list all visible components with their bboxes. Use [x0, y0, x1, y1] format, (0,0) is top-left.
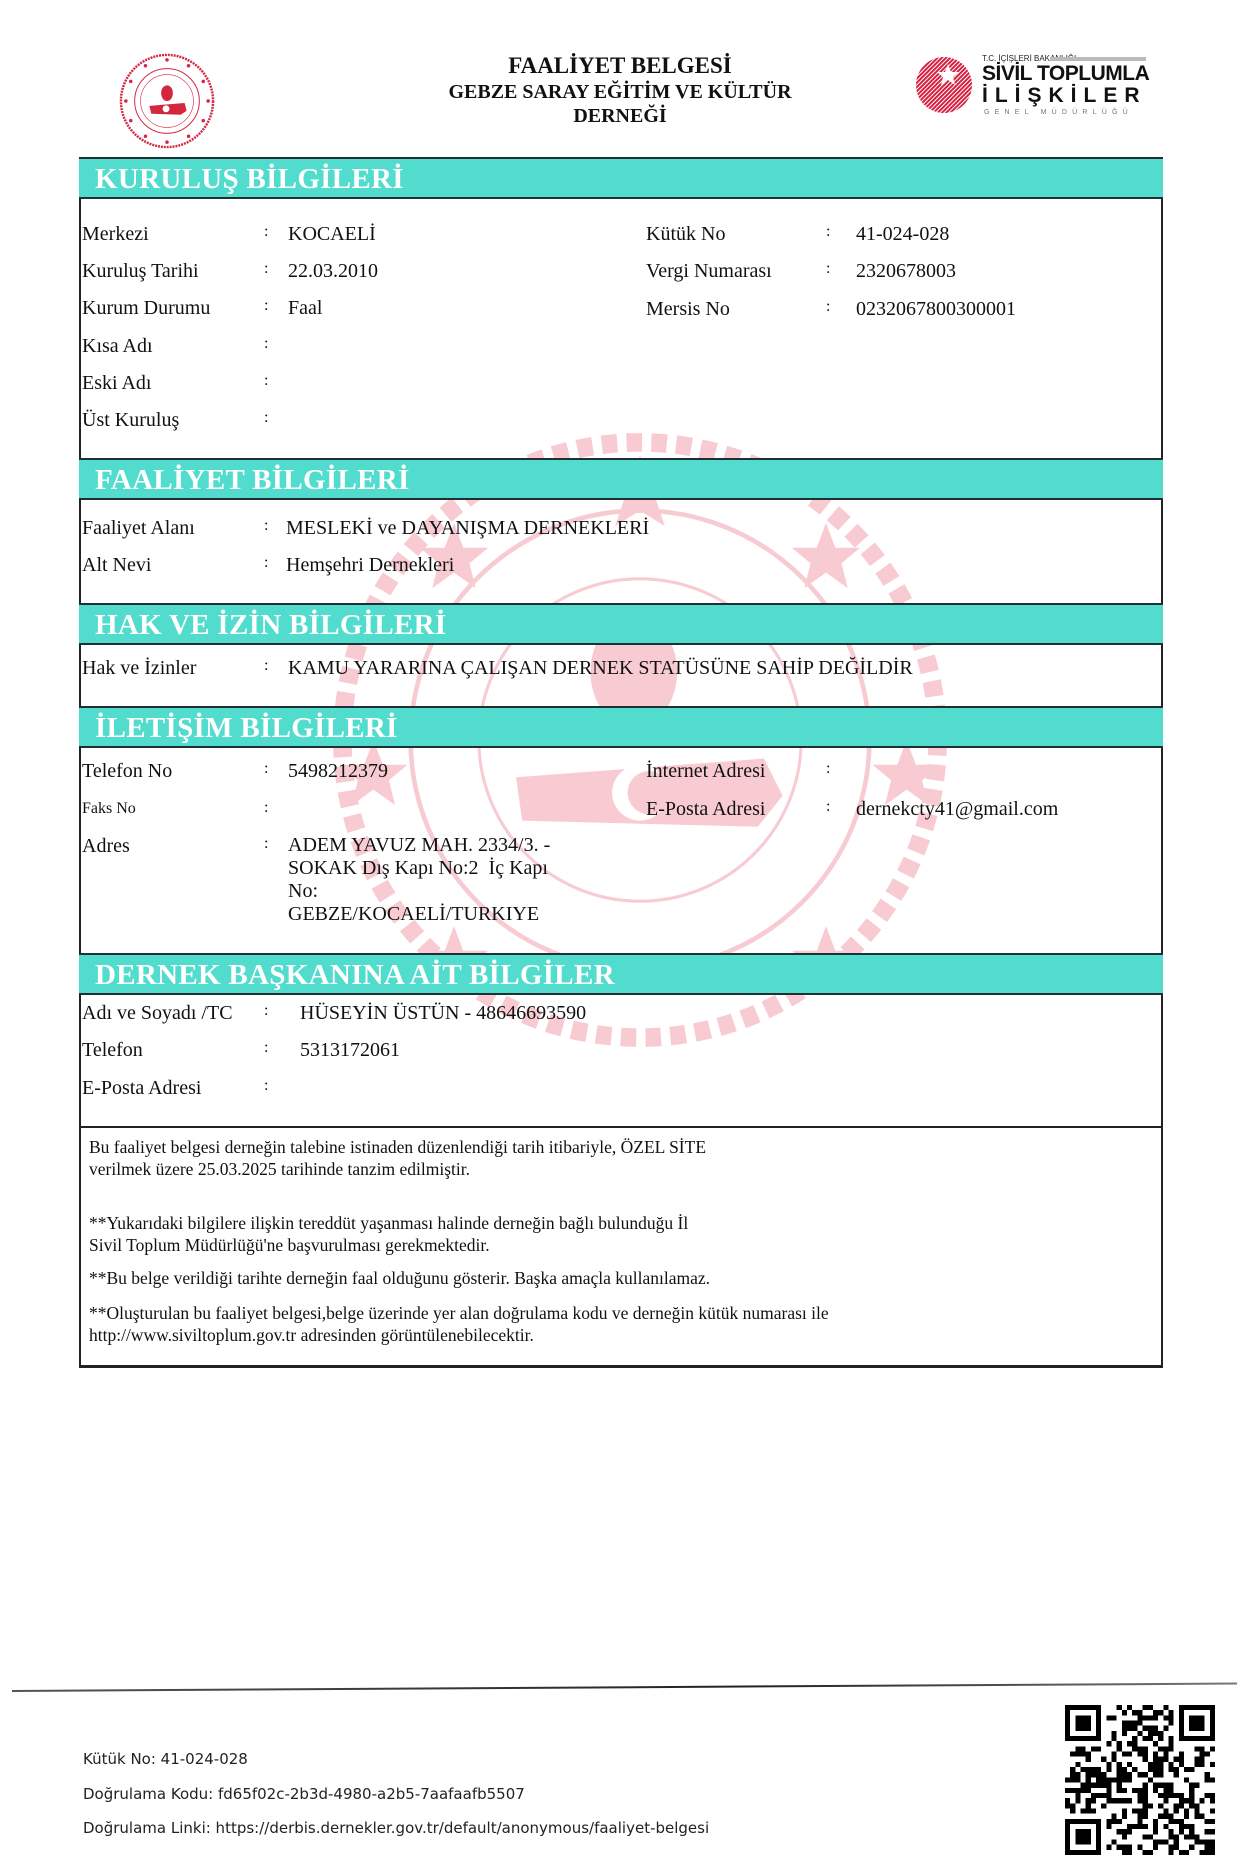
note-issuance-line1: Bu faaliyet belgesi derneğin talebine is…: [89, 1136, 706, 1158]
field-colon: :: [826, 757, 830, 781]
note-validity: **Bu belge verildiği tarihte derneğin fa…: [89, 1267, 710, 1289]
field-label: Üst Kuruluş: [82, 408, 179, 432]
field-value: MESLEKİ ve DAYANIŞMA DERNEKLERİ: [286, 516, 649, 540]
note-verification-line2: http://www.siviltoplum.gov.tr adresinden…: [89, 1324, 534, 1346]
field-value: Hemşehri Dernekleri: [286, 553, 454, 577]
field-colon: :: [264, 406, 268, 430]
field-label: Telefon: [82, 1038, 143, 1062]
section-title: DERNEK BAŞKANINA AİT BİLGİLER: [95, 958, 615, 992]
note-verification-line1: **Oluşturulan bu faaliyet belgesi,belge …: [89, 1302, 829, 1324]
address-line: SOKAK Dış Kapı No:2 İç Kapı: [288, 857, 550, 880]
field-colon: :: [264, 294, 268, 318]
field-colon: :: [264, 796, 268, 820]
field-colon: :: [826, 220, 830, 244]
field-label: Adı ve Soyadı /TC: [82, 1001, 233, 1025]
field-value: 2320678003: [856, 259, 956, 283]
field-value: HÜSEYİN ÜSTÜN - 48646693590: [300, 1001, 586, 1025]
note-doubt-line2: Sivil Toplum Müdürlüğü'ne başvurulması g…: [89, 1234, 490, 1256]
section-title: İLETİŞİM BİLGİLERİ: [95, 711, 398, 745]
field-colon: :: [264, 220, 268, 244]
stk-logo: T.C. İÇİŞLERİ BAKANLIĞI SİVİL TOPLUMLA İ…: [908, 52, 1148, 122]
document-title: FAALİYET BELGESİ: [300, 52, 940, 80]
field-colon: :: [264, 999, 268, 1023]
field-label: İnternet Adresi: [646, 759, 765, 783]
section-header-baskan: DERNEK BAŞKANINA AİT BİLGİLER: [79, 953, 1163, 995]
logo-line1: SİVİL TOPLUMLA: [982, 62, 1149, 86]
field-label: Kurum Durumu: [82, 296, 210, 320]
footer-kutuk-no: Kütük No: 41-024-028: [83, 1750, 248, 1768]
field-value: 5498212379: [288, 759, 388, 783]
field-label: Merkezi: [82, 222, 149, 246]
field-colon: :: [264, 1036, 268, 1060]
field-label: Alt Nevi: [82, 553, 151, 577]
address-line: No:: [288, 880, 550, 903]
field-colon: :: [264, 369, 268, 393]
association-name-line2: DERNEĞİ: [300, 104, 940, 128]
field-colon: :: [264, 514, 268, 538]
section-header-hak-izin: HAK VE İZİN BİLGİLERİ: [79, 603, 1163, 645]
field-colon: :: [264, 551, 268, 575]
field-colon: :: [264, 654, 268, 678]
field-value: KOCAELİ: [288, 222, 376, 246]
field-label: Faks No: [82, 797, 136, 821]
ministry-seal-icon: [118, 52, 216, 150]
field-colon: :: [264, 757, 268, 781]
address-line: GEBZE/KOCAELİ/TURKIYE: [288, 903, 550, 926]
field-label: Adres: [82, 834, 130, 858]
field-label: Faaliyet Alanı: [82, 516, 195, 540]
field-label: Hak ve İzinler: [82, 656, 196, 680]
note-issuance-line2: verilmek üzere 25.03.2025 tarihinde tanz…: [89, 1158, 470, 1180]
address-line: ADEM YAVUZ MAH. 2334/3. -: [288, 834, 550, 857]
section-header-iletisim: İLETİŞİM BİLGİLERİ: [79, 706, 1163, 748]
email-link[interactable]: dernekcty41@gmail.com: [856, 797, 1058, 821]
field-label: Mersis No: [646, 297, 730, 321]
logo-line3: GENEL MÜDÜRLÜĞÜ: [984, 109, 1133, 116]
field-value: 5313172061: [300, 1038, 400, 1062]
section-title: KURULUŞ BİLGİLERİ: [95, 162, 404, 196]
document-title-block: FAALİYET BELGESİ GEBZE SARAY EĞİTİM VE K…: [300, 52, 940, 128]
section-header-faaliyet: FAALİYET BİLGİLERİ: [79, 458, 1163, 500]
logo-divider: [1050, 57, 1146, 61]
star-crescent-logo-icon: [908, 52, 974, 118]
section-header-kurulus: KURULUŞ BİLGİLERİ: [79, 157, 1163, 199]
section-title: FAALİYET BİLGİLERİ: [95, 463, 410, 497]
field-value: 0232067800300001: [856, 297, 1016, 321]
field-value: 22.03.2010: [288, 259, 378, 283]
field-label: E-Posta Adresi: [82, 1076, 201, 1100]
section-title: HAK VE İZİN BİLGİLERİ: [95, 608, 446, 642]
field-value: 41-024-028: [856, 222, 949, 246]
field-colon: :: [264, 257, 268, 281]
field-label: E-Posta Adresi: [646, 797, 765, 821]
qr-code-icon[interactable]: [1065, 1705, 1215, 1855]
field-colon: :: [826, 295, 830, 319]
field-colon: :: [264, 832, 268, 856]
field-label: Telefon No: [82, 759, 172, 783]
field-colon: :: [826, 795, 830, 819]
field-value: KAMU YARARINA ÇALIŞAN DERNEK STATÜSÜNE S…: [288, 656, 913, 680]
logo-line2: İLİŞKİLER: [982, 84, 1147, 108]
footer-divider: [12, 1683, 1237, 1692]
address-value: ADEM YAVUZ MAH. 2334/3. - SOKAK Dış Kapı…: [288, 834, 550, 926]
footer-verification-link[interactable]: Doğrulama Linki: https://derbis.dernekle…: [83, 1819, 709, 1837]
field-value: Faal: [288, 296, 322, 320]
association-name-line1: GEBZE SARAY EĞİTİM VE KÜLTÜR: [300, 80, 940, 104]
field-colon: :: [264, 1074, 268, 1098]
field-label: Kütük No: [646, 222, 725, 246]
field-label: Kısa Adı: [82, 334, 153, 358]
footer-verification-code: Doğrulama Kodu: fd65f02c-2b3d-4980-a2b5-…: [83, 1785, 525, 1803]
field-colon: :: [264, 332, 268, 356]
note-doubt-line1: **Yukarıdaki bilgilere ilişkin tereddüt …: [89, 1212, 688, 1234]
field-label: Eski Adı: [82, 371, 151, 395]
field-colon: :: [826, 257, 830, 281]
field-label: Kuruluş Tarihi: [82, 259, 199, 283]
field-label: Vergi Numarası: [646, 259, 772, 283]
